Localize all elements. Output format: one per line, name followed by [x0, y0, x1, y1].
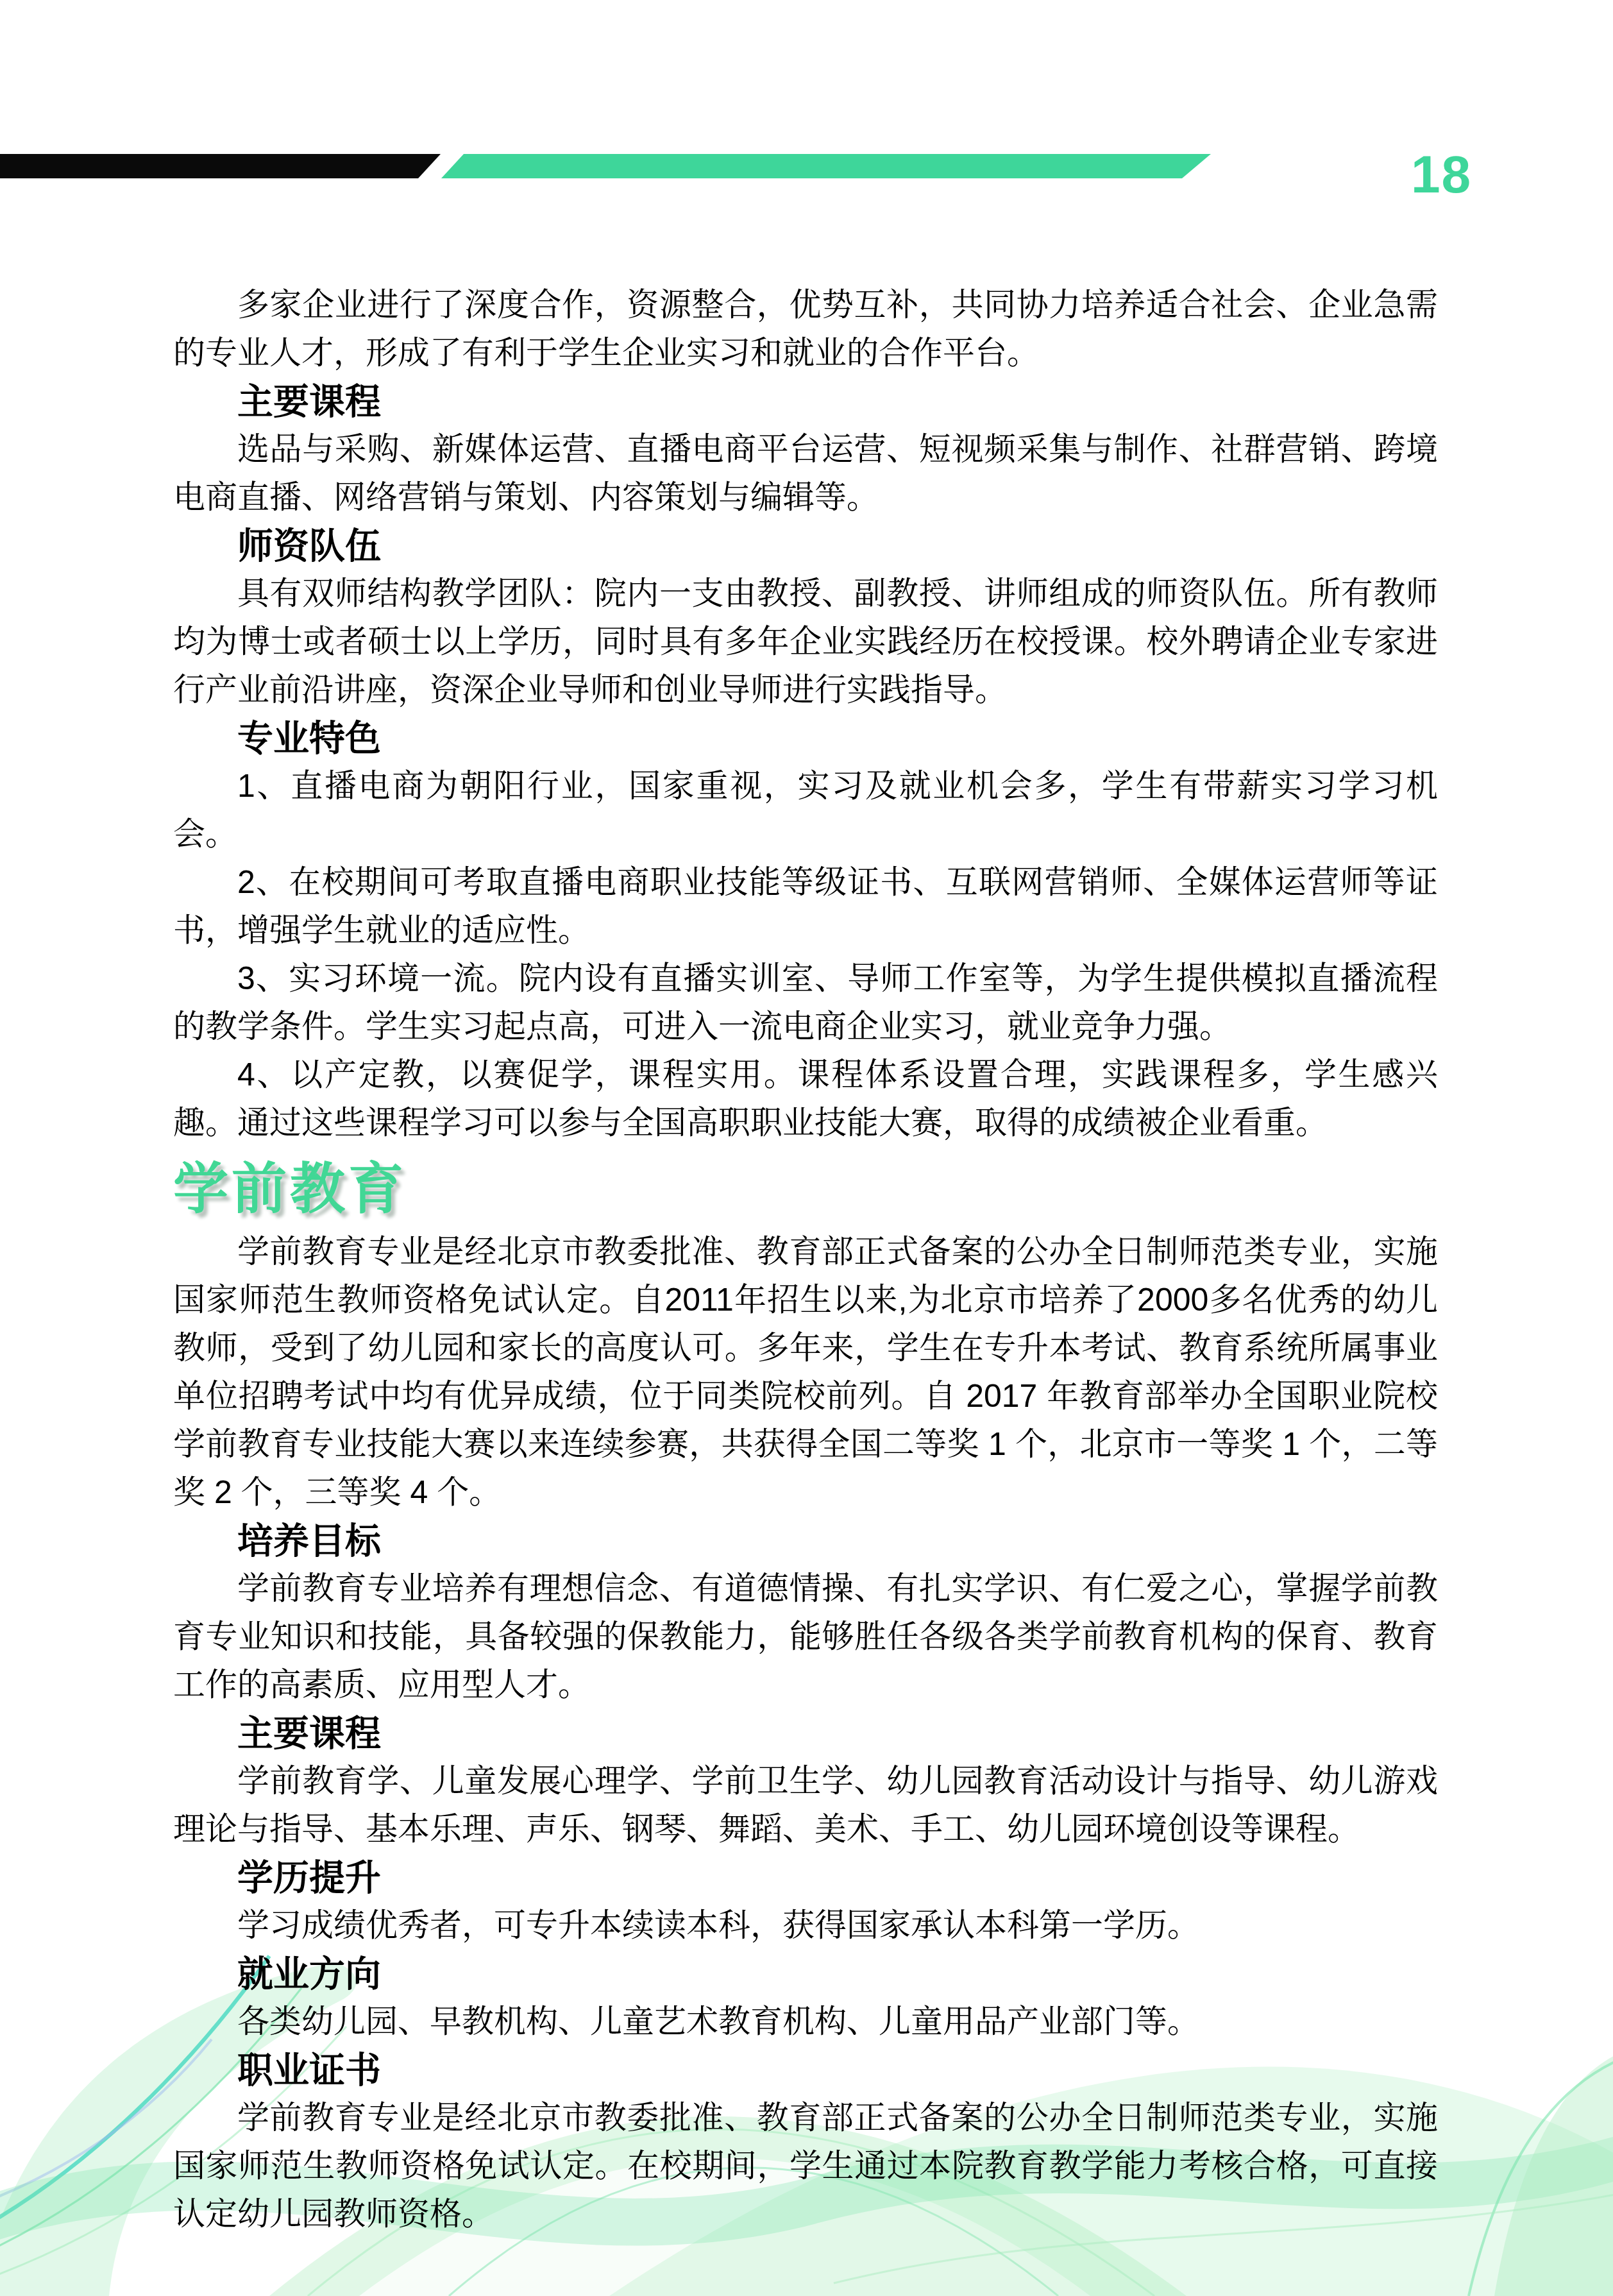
section-heading: 主要课程: [173, 1709, 1438, 1757]
header-bar-teal: [441, 154, 1211, 178]
paragraph: 学前教育专业是经北京市教委批准、教育部正式备案的公办全日制师范类专业，实施国家师…: [173, 2094, 1438, 2238]
section-heading: 主要课程: [173, 377, 1438, 425]
paragraph: 选品与采购、新媒体运营、直播电商平台运营、短视频采集与制作、社群营销、跨境电商直…: [173, 425, 1438, 522]
paragraph: 具有双师结构教学团队：院内一支由教授、副教授、讲师组成的师资队伍。所有教师均为博…: [173, 570, 1438, 714]
section-heading: 职业证书: [173, 2046, 1438, 2094]
page-number: 18: [1411, 149, 1472, 201]
content-column: 多家企业进行了深度合作，资源整合，优势互补，共同协力培养适合社会、企业急需的专业…: [173, 281, 1438, 2238]
paragraph: 4、以产定教，以赛促学，课程实用。课程体系设置合理，实践课程多，学生感兴趣。通过…: [173, 1051, 1438, 1147]
section-heading: 学历提升: [173, 1853, 1438, 1901]
paragraph: 多家企业进行了深度合作，资源整合，优势互补，共同协力培养适合社会、企业急需的专业…: [173, 281, 1438, 377]
paragraph: 1、直播电商为朝阳行业，国家重视，实习及就业机会多，学生有带薪实习学习机会。: [173, 762, 1438, 858]
paragraph: 学习成绩优秀者，可专升本续读本科，获得国家承认本科第一学历。: [173, 1901, 1438, 1950]
major-section-title: 学前教育: [173, 1156, 1438, 1223]
section-heading: 师资队伍: [173, 522, 1438, 570]
paragraph: 学前教育学、儿童发展心理学、学前卫生学、幼儿园教育活动设计与指导、幼儿游戏理论与…: [173, 1757, 1438, 1853]
header-bar-black: [0, 154, 441, 178]
paragraph: 2、在校期间可考取直播电商职业技能等级证书、互联网营销师、全媒体运营师等证书，增…: [173, 858, 1438, 955]
paragraph: 学前教育专业培养有理想信念、有道德情操、有扎实学识、有仁爱之心，掌握学前教育专业…: [173, 1565, 1438, 1709]
section-heading: 专业特色: [173, 714, 1438, 762]
section-heading: 就业方向: [173, 1950, 1438, 1998]
page: 18 多家企业进行了深度合作，资源整合，优势互补，共同协力培养适合社会、企业急需…: [0, 0, 1613, 2296]
paragraph: 学前教育专业是经北京市教委批准、教育部正式备案的公办全日制师范类专业，实施国家师…: [173, 1228, 1438, 1517]
section-heading: 培养目标: [173, 1517, 1438, 1565]
paragraph: 各类幼儿园、早教机构、儿童艺术教育机构、儿童用品产业部门等。: [173, 1998, 1438, 2046]
paragraph: 3、实习环境一流。院内设有直播实训室、导师工作室等，为学生提供模拟直播流程的教学…: [173, 955, 1438, 1051]
